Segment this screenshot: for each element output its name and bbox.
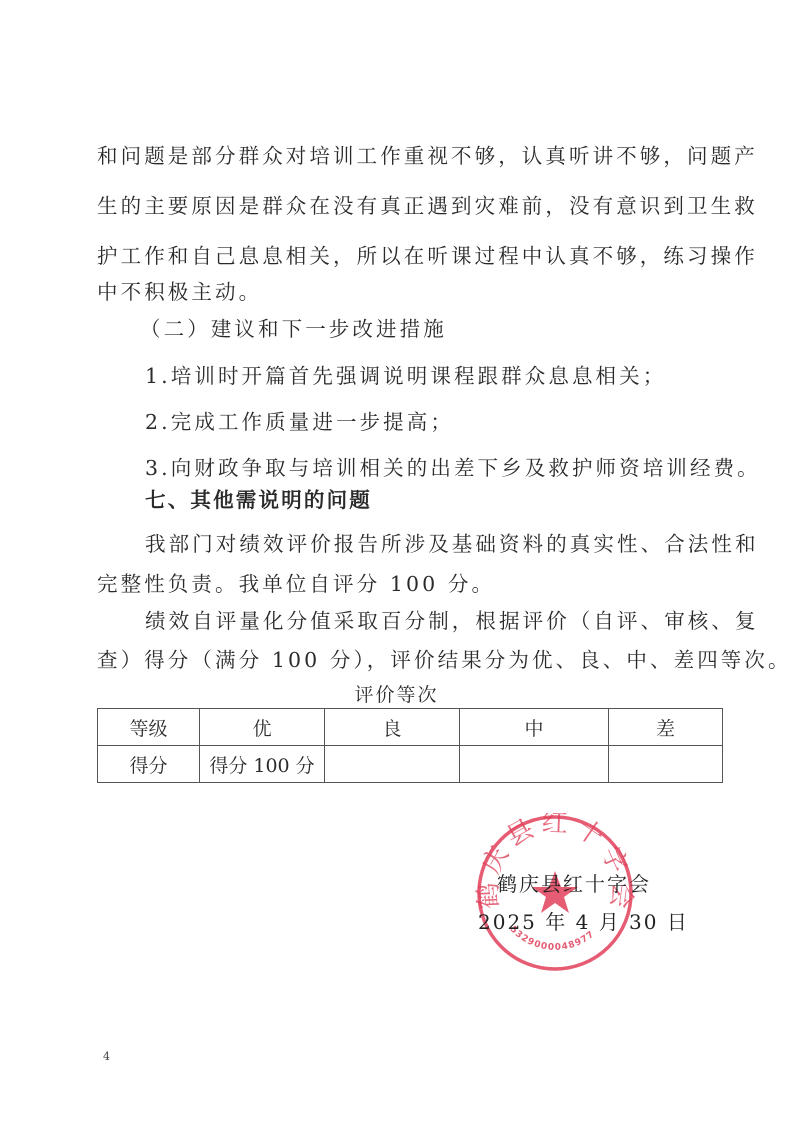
table-cell: 等级 xyxy=(98,709,200,746)
paragraph-line: 完整性负责。我单位自评分 100 分。 xyxy=(97,572,495,596)
table-cell: 差 xyxy=(609,709,723,746)
signature-organization: 鹤庆县红十字会 xyxy=(497,868,651,897)
table-header-row: 等级 优 良 中 差 xyxy=(98,709,723,746)
table-cell: 中 xyxy=(460,709,609,746)
subheading: （二）建议和下一步改进措施 xyxy=(140,317,447,341)
paragraph-line: 中不积极主动。 xyxy=(97,280,262,304)
table-cell: 得分 xyxy=(98,746,200,783)
signature-date: 2025 年 4 月 30 日 xyxy=(478,906,689,935)
table-caption: 评价等次 xyxy=(0,680,793,707)
table-cell: 优 xyxy=(200,709,325,746)
paragraph-line: 绩效自评量化分值采取百分制，根据评价（自评、审核、复 xyxy=(145,609,759,633)
table-cell xyxy=(325,746,460,783)
grade-table: 等级 优 良 中 差 得分 得分 100 分 xyxy=(97,708,723,783)
table-row: 得分 得分 100 分 xyxy=(98,746,723,783)
measure-item: 2.完成工作质量进一步提高； xyxy=(145,410,454,434)
table-cell xyxy=(460,746,609,783)
paragraph-line: 和问题是部分群众对培训工作重视不够，认真听讲不够，问题产 xyxy=(97,144,758,168)
table-cell: 得分 100 分 xyxy=(200,746,325,783)
paragraph-line: 护工作和自己息息相关，所以在听课过程中认真不够，练习操作 xyxy=(97,244,758,268)
table-cell xyxy=(609,746,723,783)
measure-item: 3.向财政争取与培训相关的出差下乡及救护师资培训经费。 xyxy=(145,456,761,480)
measure-item: 1.培训时开篇首先强调说明课程跟群众息息相关； xyxy=(145,364,666,388)
paragraph-line: 查）得分（满分 100 分），评价结果分为优、良、中、差四等次。 xyxy=(97,648,792,672)
paragraph-line: 我部门对绩效评价报告所涉及基础资料的真实性、合法性和 xyxy=(145,532,759,556)
paragraph-line: 生的主要原因是群众在没有真正遇到灾难前，没有意识到卫生救 xyxy=(97,194,758,218)
page-number: 4 xyxy=(103,1050,110,1063)
section-heading: 七、其他需说明的问题 xyxy=(145,488,372,512)
table-cell: 良 xyxy=(325,709,460,746)
